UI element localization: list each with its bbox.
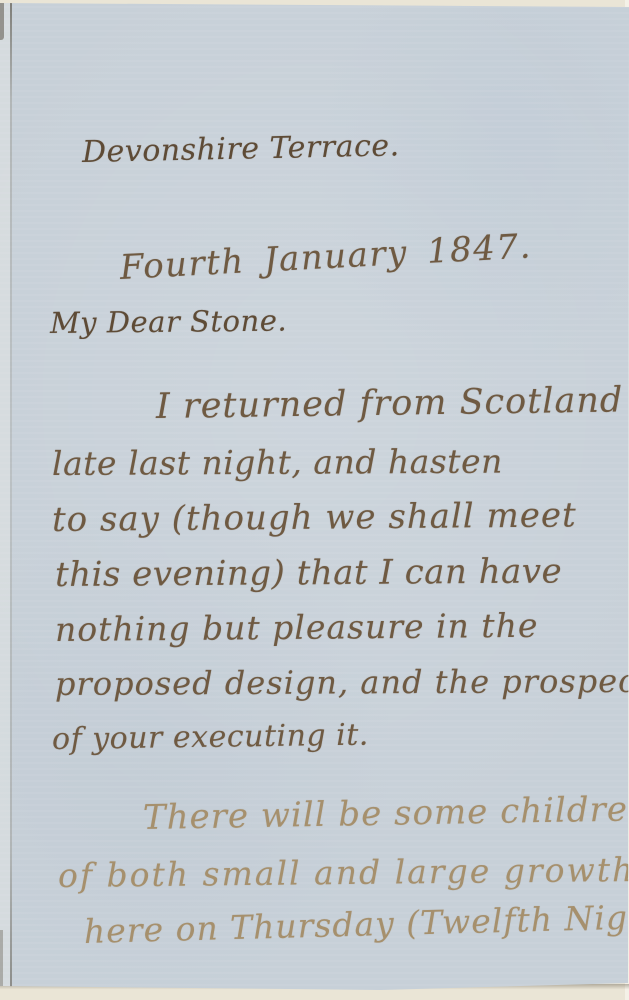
body-paragraph2-line2: of both small and large growth [58,852,629,894]
paper-edge-mark-top [0,0,4,40]
body-paragraph1-line6: proposed design, and the prospect [55,664,629,702]
body-paragraph1-line1: I returned from Scotland [156,381,624,426]
fold-crease-line [10,0,12,1000]
date-line: Fourth January 1847. [119,228,533,287]
folded-edge-strip [0,0,10,1000]
letter-page: Devonshire Terrace. Fourth January 1847.… [0,0,629,1000]
salutation-line: My Dear Stone. [50,306,287,340]
address-line: Devonshire Terrace. [82,129,400,169]
body-paragraph2-line3: here on Thursday (Twelfth Night) [84,898,629,950]
body-paragraph2-line1: There will be some children [143,791,629,837]
body-paragraph1-line7: of your executing it. [52,719,369,756]
body-paragraph1-line5: nothing but pleasure in the [55,608,539,649]
paper-edge-mark-bottom [0,930,3,986]
body-paragraph1-line2: late last night, and hasten [52,444,503,483]
body-paragraph1-line4: this evening) that I can have [55,553,562,594]
letter-scan: Devonshire Terrace. Fourth January 1847.… [0,0,629,1000]
body-paragraph1-line3: to say (though we shall meet [52,497,577,539]
